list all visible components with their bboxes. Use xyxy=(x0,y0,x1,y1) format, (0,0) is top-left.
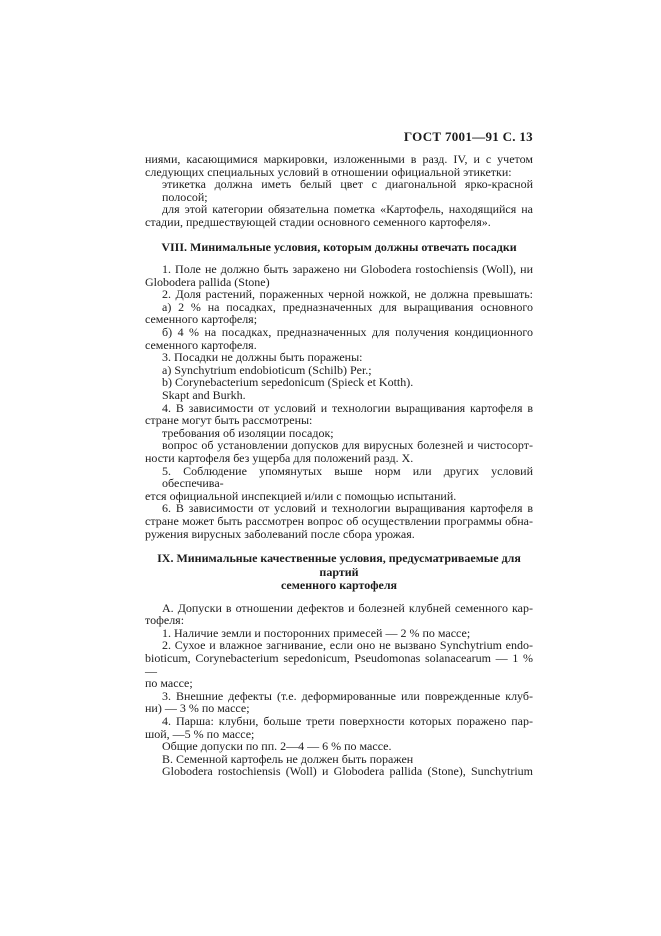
page-header: ГОСТ 7001—91 С. 13 xyxy=(145,130,533,144)
text-line: ниями, касающимися маркировки, изложенны… xyxy=(145,153,533,166)
text-line: 1. Поле не должно быть заражено ни Globo… xyxy=(145,263,533,276)
heading-line: семенного картофеля xyxy=(145,579,533,593)
text-line: 5. Соблюдение упомянутых выше норм или д… xyxy=(145,465,533,490)
document-page: ГОСТ 7001—91 С. 13 ниями, касающимися ма… xyxy=(0,0,661,936)
text-line: тофеля: xyxy=(145,614,533,627)
heading-line: IX. Минимальные качественные условия, пр… xyxy=(145,552,533,579)
text-line: стадии, предшествующей стадии основного … xyxy=(145,216,533,229)
text-line: по массе; xyxy=(145,677,533,690)
heading-line: VIII. Минимальные условия, которым должн… xyxy=(145,241,533,255)
paragraph: ниями, касающимися маркировки, изложенны… xyxy=(145,153,533,229)
text-line: стране могут быть рассмотрены: xyxy=(145,414,533,427)
document-body: ниями, касающимися маркировки, изложенны… xyxy=(145,153,533,778)
text-line: 3. Посадки не должны быть поражены: xyxy=(145,351,533,364)
text-line: 4. Парша: клубни, больше трети поверхнос… xyxy=(145,715,533,728)
paragraph: 1. Поле не должно быть заражено ни Globo… xyxy=(145,263,533,540)
text-line: б) 4 % на посадках, предназначенных для … xyxy=(145,326,533,339)
text-line: стране может быть рассмотрен вопрос об о… xyxy=(145,515,533,528)
text-line: Общие допуски по пп. 2—4 — 6 % по массе. xyxy=(145,740,533,753)
text-line: bioticum, Corynebacterium sepedonicum, P… xyxy=(145,652,533,677)
text-column: ГОСТ 7001—91 С. 13 ниями, касающимися ма… xyxy=(145,130,533,778)
text-line: ружения вирусных заболеваний после сбора… xyxy=(145,528,533,541)
text-line: этикетка должна иметь белый цвет с диаго… xyxy=(145,178,533,203)
text-line: Skapt and Burkh. xyxy=(145,389,533,402)
text-line: А. Допуски в отношении дефектов и болезн… xyxy=(145,602,533,615)
text-line: Globodera rostochiensis (Woll) и Globode… xyxy=(145,765,533,778)
text-line: ности картофеля без ущерба для положений… xyxy=(145,452,533,465)
section-heading: VIII. Минимальные условия, которым должн… xyxy=(145,241,533,255)
paragraph: А. Допуски в отношении дефектов и болезн… xyxy=(145,602,533,778)
section-heading: IX. Минимальные качественные условия, пр… xyxy=(145,552,533,593)
text-line: 2. Доля растений, пораженных черной ножк… xyxy=(145,288,533,301)
